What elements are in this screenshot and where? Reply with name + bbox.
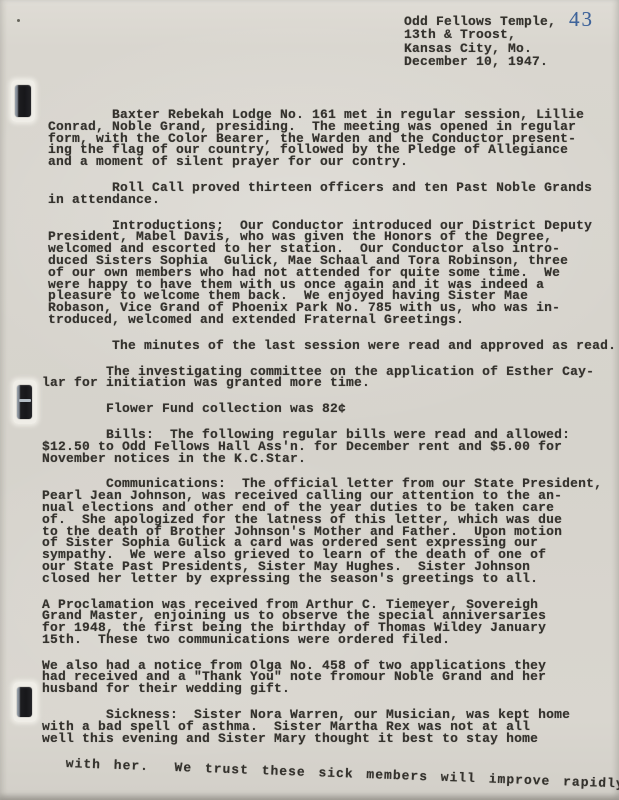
paragraph-bills: Bills: The following regular bills were … <box>42 429 602 464</box>
paragraph-opening-session: Baxter Rebekah Lodge No. 161 met in regu… <box>48 109 602 168</box>
minutes-body: Baxter Rebekah Lodge No. 161 met in regu… <box>42 109 602 770</box>
paragraph-minutes-approved: The minutes of the last session were rea… <box>48 340 602 352</box>
fastener-slot-line <box>19 399 31 402</box>
paragraph-olga-notice: We also had a notice from Olga No. 458 o… <box>42 660 602 695</box>
paragraph-flower-fund: Flower Fund collection was 82¢ <box>42 403 602 415</box>
paragraph-introductions: Introductions; Our Conductor introduced … <box>48 220 602 326</box>
sickness-last-line-slanted: with her. We trust these sick members wi… <box>66 758 602 789</box>
scanned-minutes-page: 43 Odd Fellows Temple, 13th & Troost, Ka… <box>0 0 619 800</box>
paragraph-communications: Communications: The official letter from… <box>42 478 602 584</box>
binding-hole-bottom-icon <box>17 687 32 717</box>
paragraph-sickness: Sickness: Sister Nora Warren, our Musici… <box>42 709 602 744</box>
paragraph-proclamation: A Proclamation was received from Arthur … <box>42 599 602 646</box>
binding-hole-middle-icon <box>17 385 32 419</box>
paragraph-roll-call: Roll Call proved thirteen officers and t… <box>48 182 602 206</box>
binding-hole-top-icon <box>15 85 31 117</box>
paragraph-investigating-committee: The investigating committee on the appli… <box>42 366 602 390</box>
page-number: 43 <box>569 7 594 32</box>
letterhead-address-block: Odd Fellows Temple, 13th & Troost, Kansa… <box>404 15 556 68</box>
paper-speck <box>17 19 20 22</box>
